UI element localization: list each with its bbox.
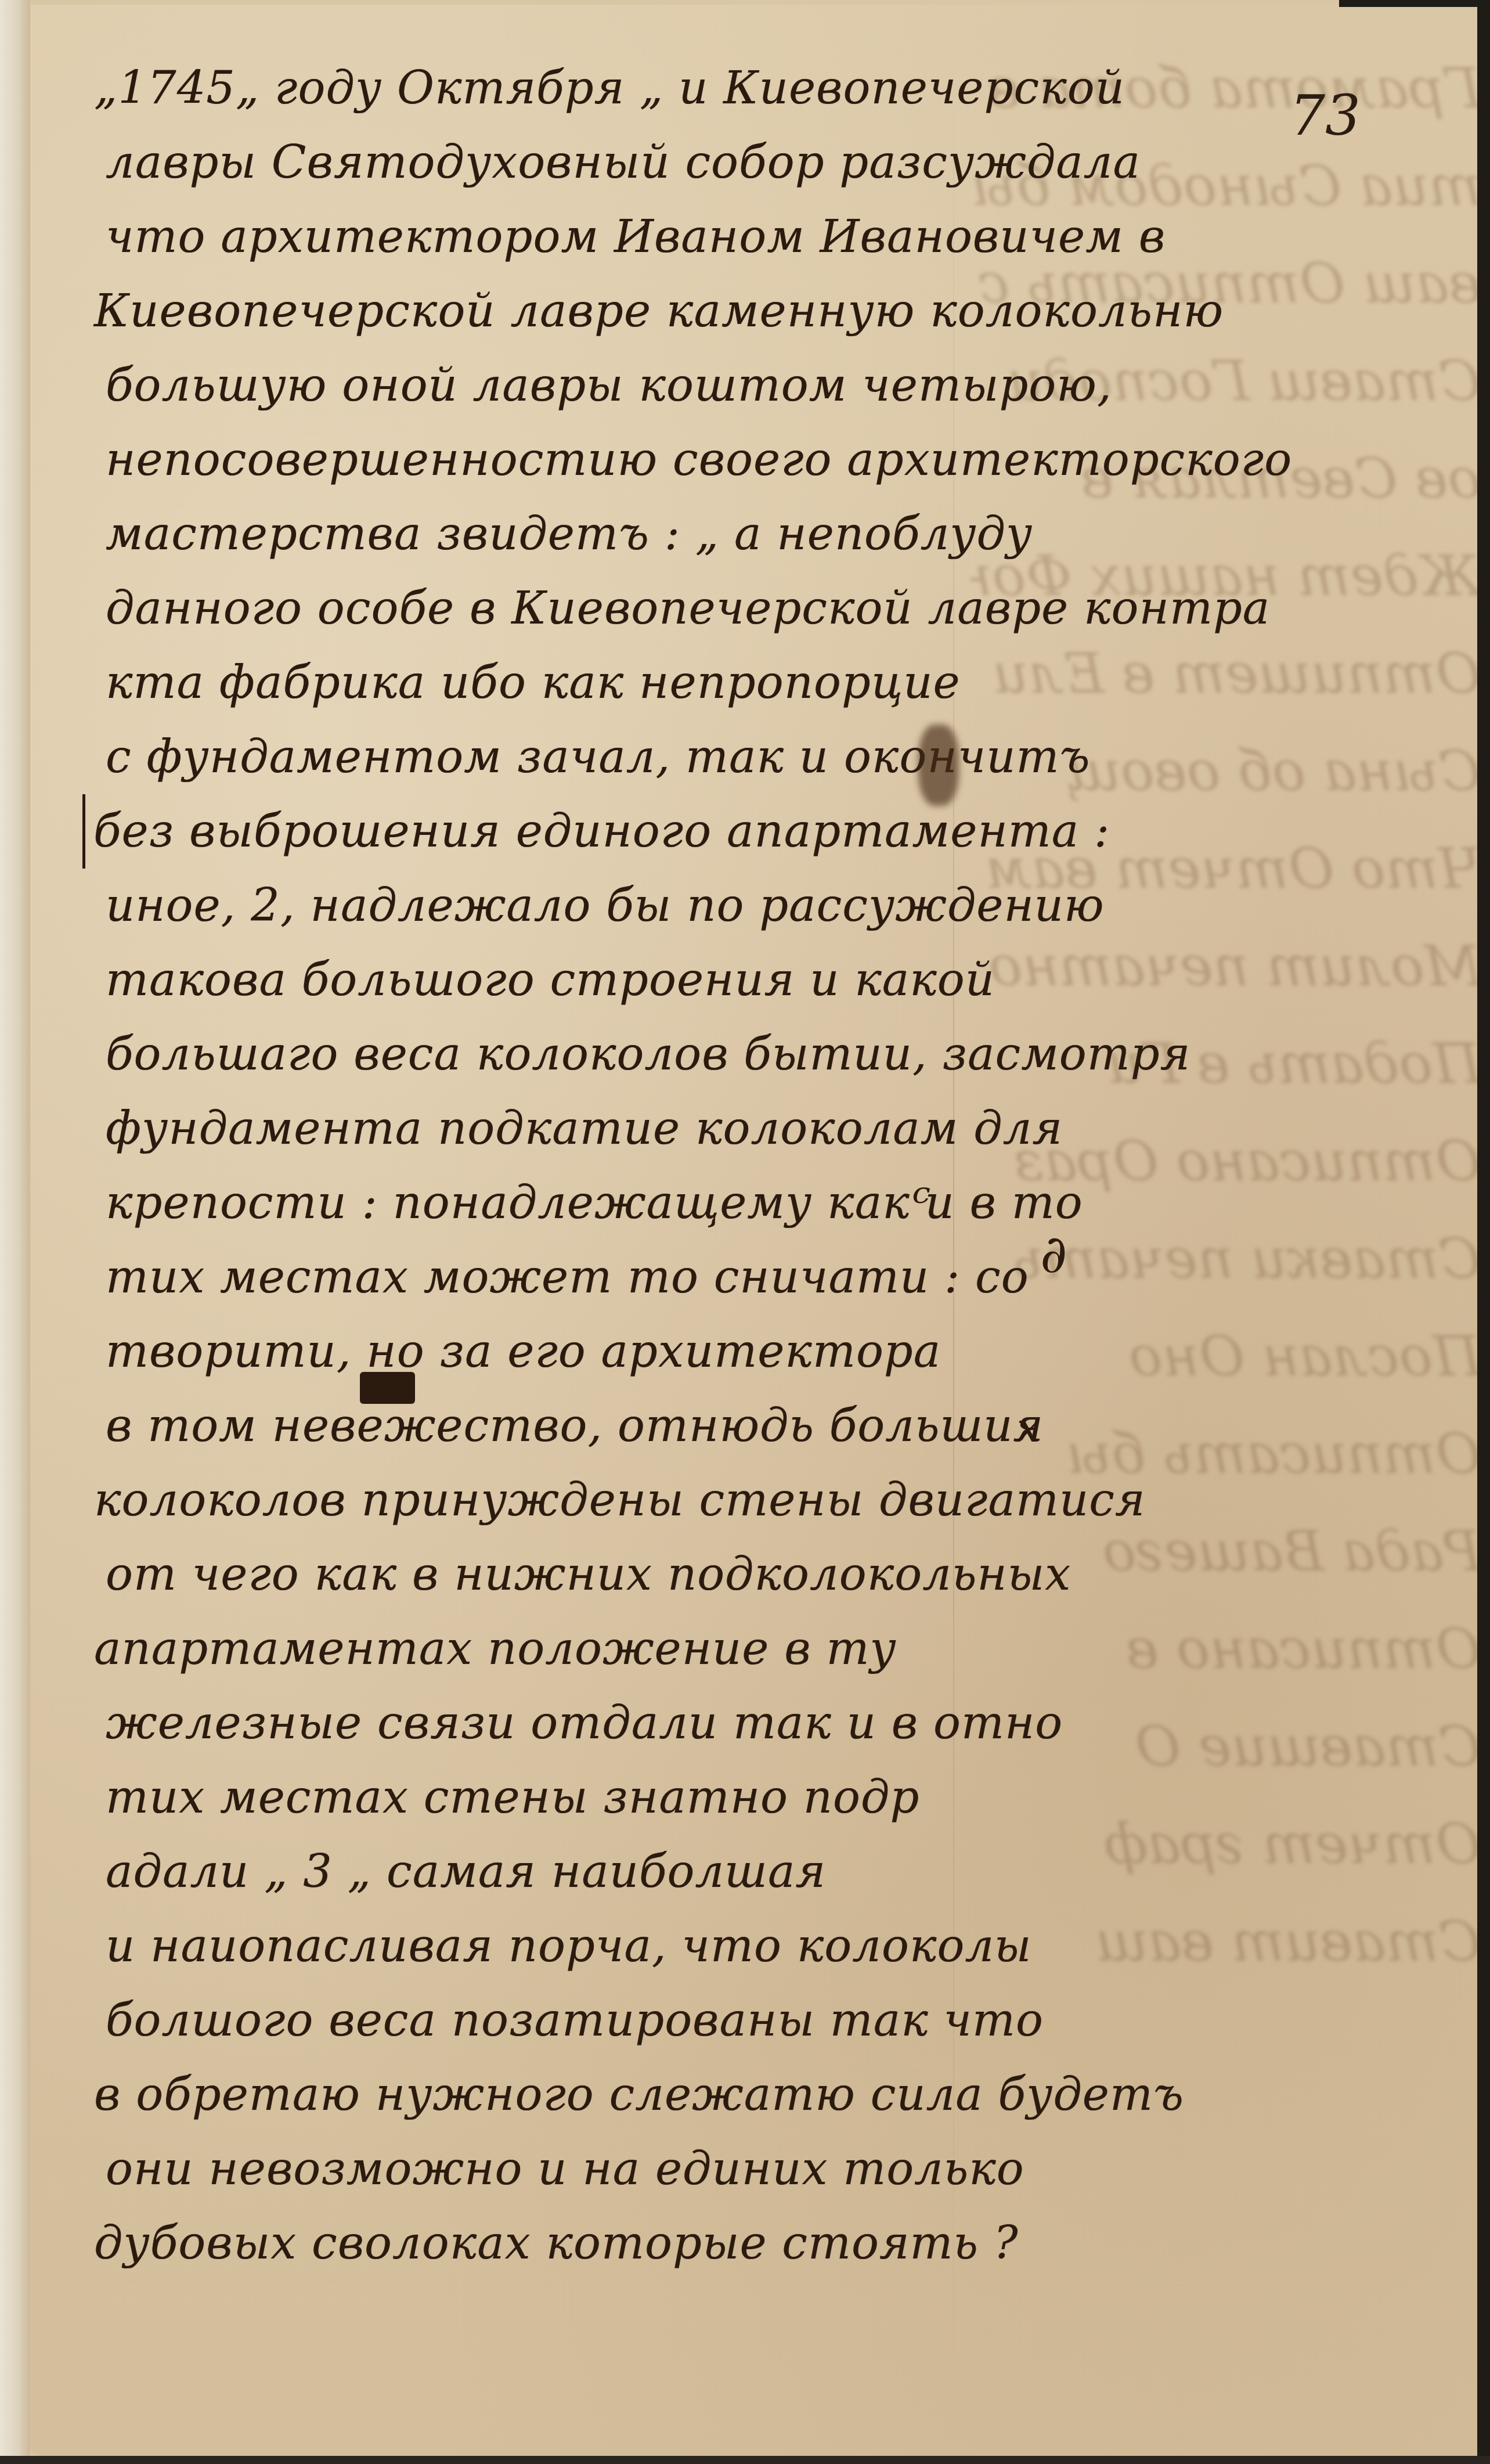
margin-mark-icon: ᶜ xyxy=(912,1172,931,1233)
manuscript-line-19: в том невежество, отнюдь большия xyxy=(94,1389,1081,1463)
ink-blot-icon xyxy=(360,1372,415,1404)
manuscript-text: „1745„ году Октября „ и Киевопечерской л… xyxy=(94,51,1081,2281)
manuscript-line-12: иное, 2, надлежало бы по рассуждению xyxy=(94,869,1081,943)
manuscript-line-7: мастерства звидетъ : „ а непоблуду xyxy=(94,497,1081,571)
manuscript-line-1: „1745„ году Октября „ и Киевопечерской xyxy=(94,51,1081,125)
manuscript-line-26: и наиопасливая порча, что колоколы xyxy=(94,1909,1081,1983)
manuscript-line-6: непосовершенностию своего архитекторског… xyxy=(94,423,1081,497)
manuscript-line-13: такова большого строения и какой xyxy=(94,943,1081,1017)
manuscript-line-2: лавры Святодуховный собор разсуждала xyxy=(94,125,1081,200)
manuscript-line-9: кта фабрика ибо как непропорцие xyxy=(94,646,1081,720)
manuscript-line-23: железные связи отдали так и в отно xyxy=(94,1686,1081,1760)
manuscript-line-27: болшого веса позатированы так что xyxy=(94,1983,1081,2058)
margin-mark-icon: ∂ xyxy=(1040,1224,1067,1285)
manuscript-line-22: апартаментах положение в ту xyxy=(94,1612,1081,1686)
manuscript-line-17: тих местах может то сничати : со xyxy=(94,1240,1081,1314)
manuscript-line-11-bracketed: без выброшения единого апартамента : xyxy=(82,794,1081,869)
manuscript-scan: Грамота бота в Ставок тиа Сынодом бывших… xyxy=(0,0,1490,2464)
scanner-top-border xyxy=(1339,0,1490,7)
folio-number: 73 xyxy=(1290,83,1361,148)
manuscript-line-14: большаго веса колоколов бытии, засмотря xyxy=(94,1017,1081,1091)
scanner-left-margin xyxy=(0,0,30,2464)
scanner-bottom-border xyxy=(0,2456,1490,2464)
manuscript-line-30: дубовых сволоках которые стоять ? xyxy=(94,2206,1081,2281)
manuscript-page: Грамота бота в Ставок тиа Сынодом бывших… xyxy=(30,5,1477,2456)
manuscript-line-20: колоколов принуждены стены двигатися xyxy=(94,1463,1081,1537)
manuscript-line-18: творити, но за его архитектора xyxy=(94,1314,1081,1389)
manuscript-line-29: они невозможно и на единих только xyxy=(94,2132,1081,2206)
manuscript-line-15: фундамента подкатие колоколам для xyxy=(94,1091,1081,1166)
manuscript-line-24: тих местах стены знатно подр xyxy=(94,1760,1081,1835)
manuscript-line-21: от чего как в нижних подколокольных xyxy=(94,1537,1081,1612)
manuscript-line-16: крепости : понадлежащему как и в то xyxy=(94,1166,1081,1240)
manuscript-line-3: что архитектором Иваном Ивановичем в xyxy=(94,200,1081,274)
manuscript-line-8: данного особе в Киевопечерской лавре кон… xyxy=(94,571,1081,646)
ink-smudge-icon xyxy=(918,725,959,806)
manuscript-line-4: Киевопечерской лавре каменную колокольню xyxy=(94,274,1081,348)
scanner-right-border xyxy=(1477,0,1490,2464)
manuscript-line-25: адали „ 3 „ самая наиболшая xyxy=(94,1835,1081,1909)
margin-mark-icon: x xyxy=(1017,1404,1040,1451)
manuscript-line-5: большую оной лавры коштом четырою, xyxy=(94,348,1081,423)
manuscript-line-28: в обретаю нужного слежатю сила будетъ xyxy=(94,2058,1081,2132)
